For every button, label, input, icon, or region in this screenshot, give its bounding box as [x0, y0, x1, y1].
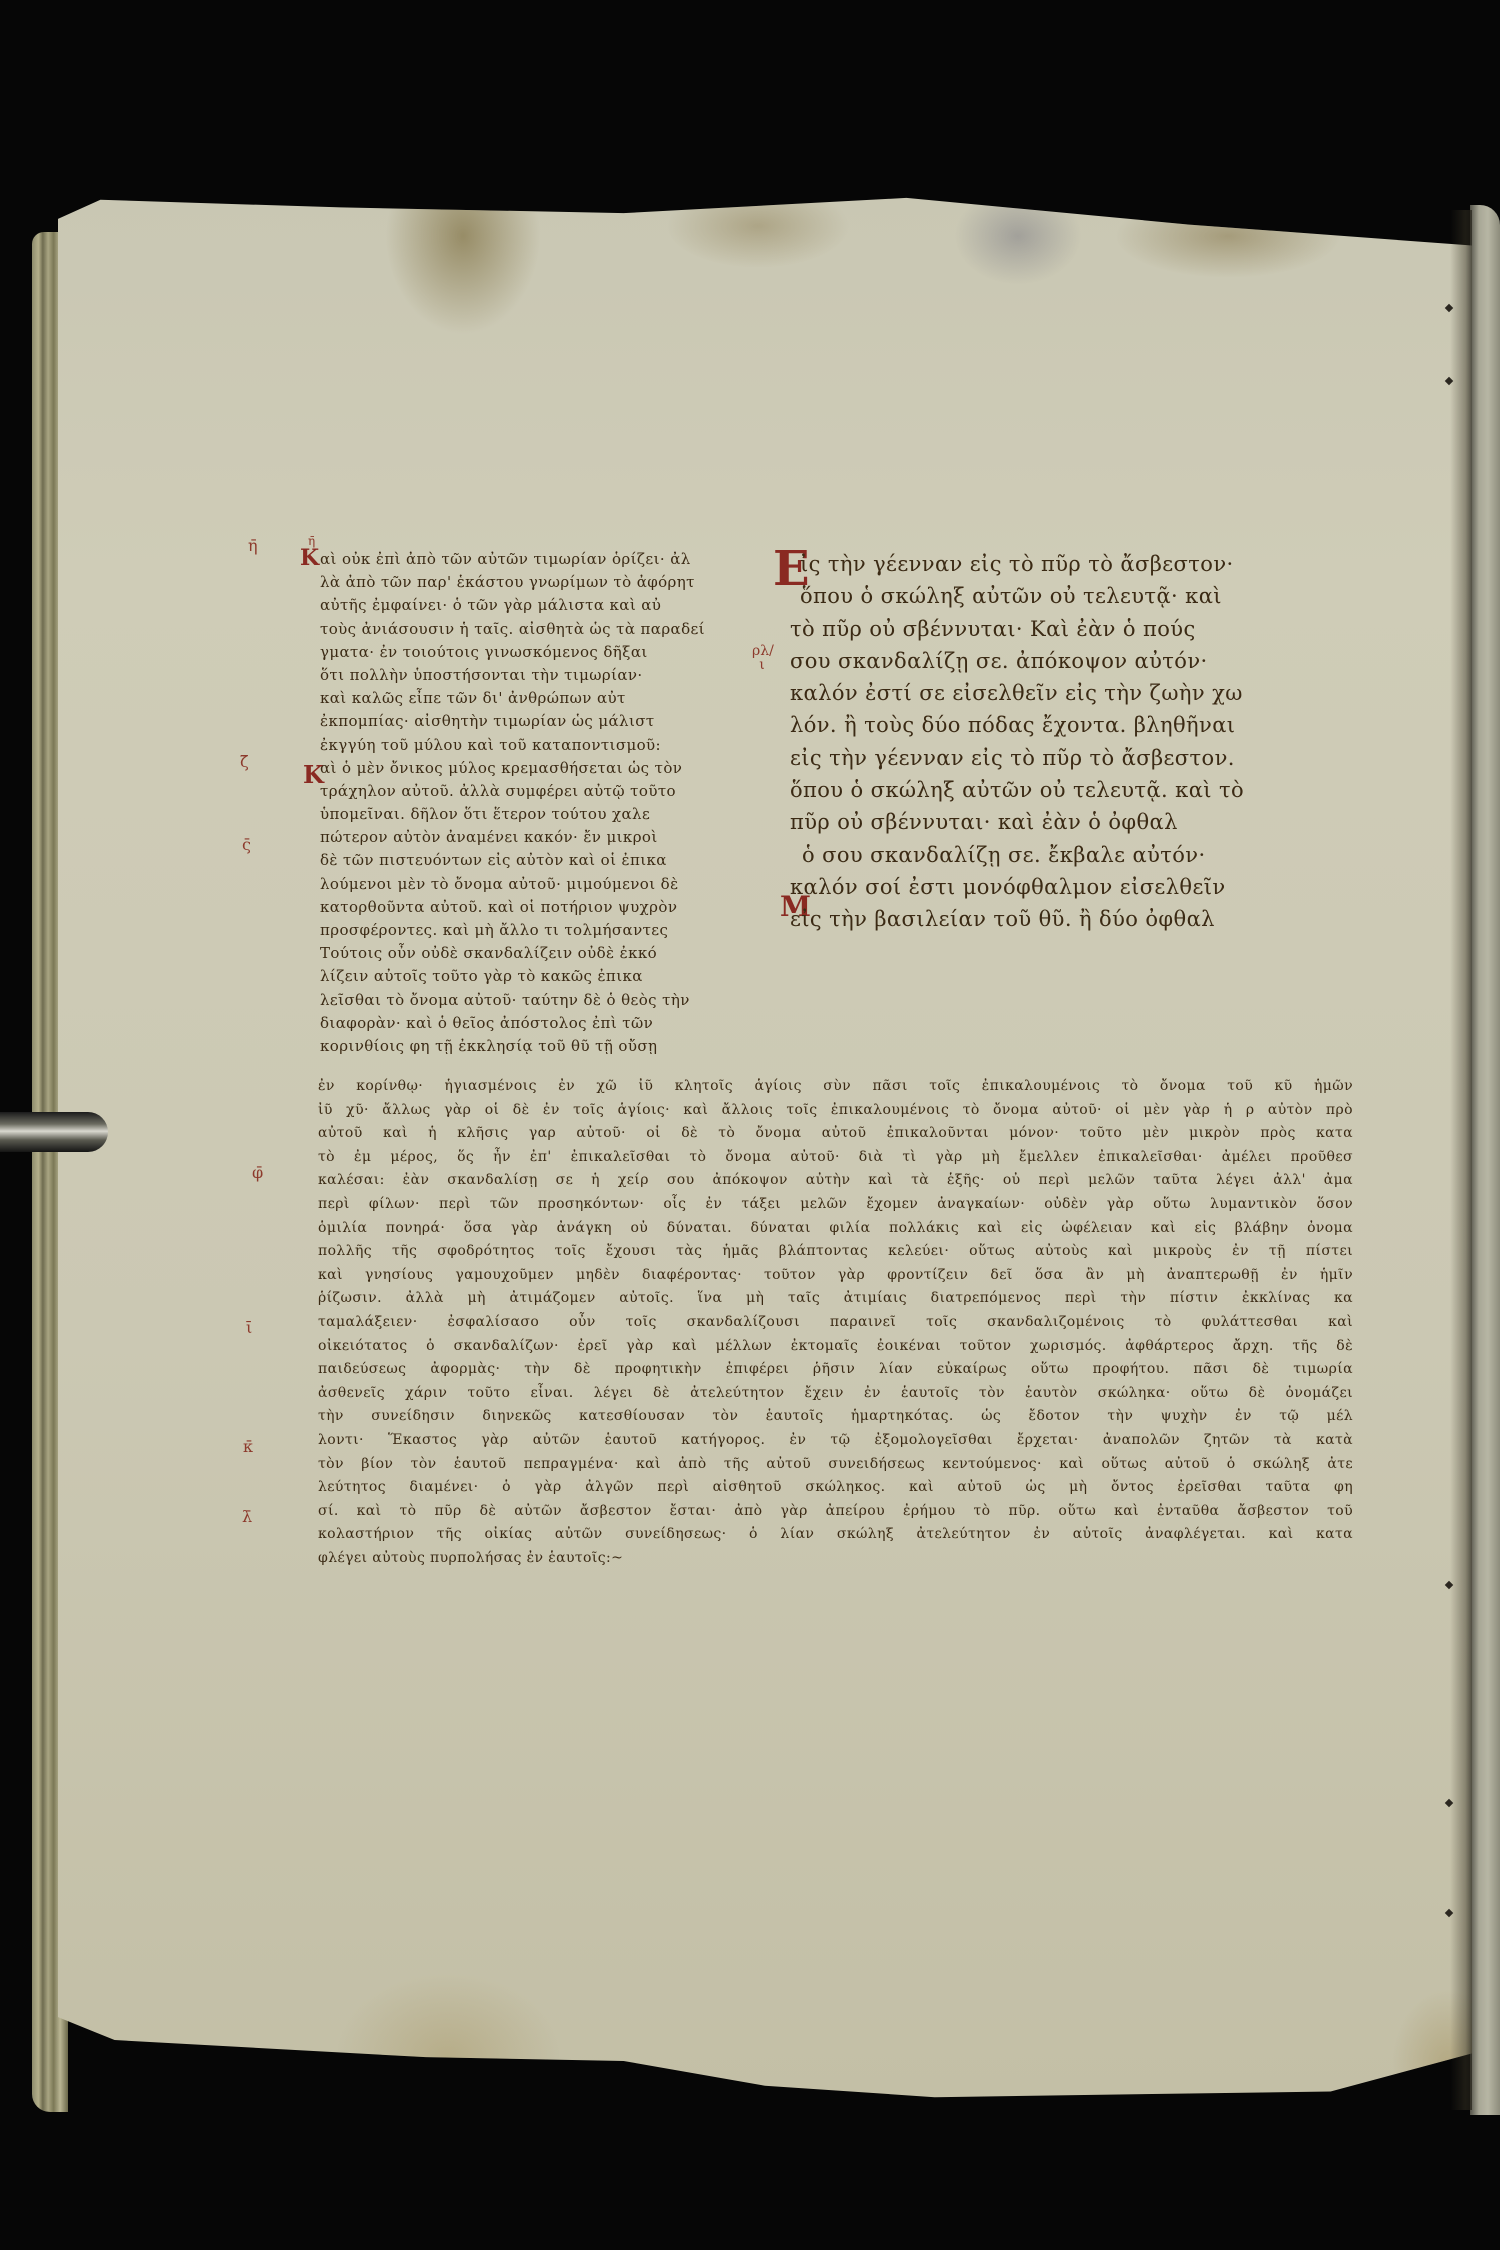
text-line: κατορθοῦντα αὐτοῦ. καὶ οἱ ποτήριον ψυχρὸ… [320, 896, 730, 919]
text-line: αὶ ὁ μὲν ὄνικος μύλος κρεμασθήσεται ὡς τ… [320, 757, 730, 780]
text-line: λόν. ἢ τοὺς δύο πόδας ἔχοντα. βληθῆναι [790, 709, 1350, 741]
text-line: ὁ σου σκανδαλίζῃ σε. ἔκβαλε αὐτόν· [790, 839, 1350, 871]
left-text-column: αὶ οὐκ ἐπὶ ἀπὸ τῶν αὐτῶν τιμωρίαν ὁρίζει… [320, 548, 730, 1058]
text-line: τὸν βίον τὸν ἑαυτοῦ πεπραγμένα· καὶ ἀπὸ … [318, 1453, 1353, 1477]
text-line: αὐτῆς ἐμφαίνει· ὁ τῶν γὰρ μάλιστα καὶ αὐ [320, 594, 730, 617]
gutter-shadow [1450, 210, 1472, 2110]
text-line: Τούτοις οὖν οὐδὲ σκανδαλίζειν οὐδὲ ἐκκό [320, 942, 730, 965]
text-line: διαφορὰν· καὶ ὁ θεῖος ἀπόστολος ἐπὶ τῶν [320, 1012, 730, 1035]
bottom-text-block: ἐν κορίνθῳ· ἡγιασμένοις ἐν χῶ ἰῦ κλητοῖς… [318, 1075, 1353, 1570]
text-line: ὁμιλία πονηρά· ὅσα γὰρ ἀνάγκη οὐ δύναται… [318, 1217, 1353, 1241]
text-line: ἐκγγύη τοῦ μύλου καὶ τοῦ καταποντισμοῦ: [320, 734, 730, 757]
text-line: ὅτι πολλὴν ὑποστήσονται τὴν τιμωρίαν· [320, 664, 730, 687]
text-line: τὸ πῦρ οὐ σβέννυται· Καὶ ἐὰν ὁ πούς [790, 613, 1350, 645]
margin-note-stigma: ς̄ [242, 835, 251, 854]
text-line: λίζειν αὐτοῖς τοῦτο γὰρ τὸ κακῶς ἐπικα [320, 965, 730, 988]
margin-note-phi: φ̄ [252, 1163, 263, 1182]
text-line: τὸ ἐμ μέρος, ὅς ἦν ἐπ' ἐπικαλεῖσθαι τὸ ὄ… [318, 1146, 1353, 1170]
initial-kappa-1: Κ [300, 545, 319, 571]
text-line: ὅπου ὁ σκώληξ αὐτῶν οὐ τελευτᾷ. καὶ τὸ [790, 774, 1350, 806]
text-line: λούμενοι μὲν τὸ ὄνομα αὐτοῦ· μιμούμενοι … [320, 873, 730, 896]
text-line: πῦρ οὐ σβέννυται· καὶ ἐὰν ὁ ὀφθαλ [790, 806, 1350, 838]
text-line: αὶ οὐκ ἐπὶ ἀπὸ τῶν αὐτῶν τιμωρίαν ὁρίζει… [320, 548, 730, 571]
text-line: τοὺς ἀνιάσουσιν ἡ ταῖς. αἰσθητὰ ὡς τὰ πα… [320, 618, 730, 641]
text-line: καλέσαι: ἐὰν σκανδαλίσῃ σε ἡ χείρ σου ἀπ… [318, 1169, 1353, 1193]
text-line: σί. καὶ τὸ πῦρ δὲ αὐτῶν ἄσβεστον ἔσται· … [318, 1500, 1353, 1524]
text-line: ἐκπομπίας· αἰσθητὴν τιμωρίαν ὡς μάλιστ [320, 710, 730, 733]
text-line: λεῖσθαι τὸ ὄνομα αὐτοῦ· ταύτην δὲ ὁ θεὸς… [320, 989, 730, 1012]
right-page-edges [1470, 205, 1500, 2115]
text-line: εἰς τὴν γέενναν εἰς τὸ πῦρ τὸ ἄσβεστον. [790, 742, 1350, 774]
text-line: περὶ φίλων· περὶ τῶν προσηκόντων· οἷς ἐν… [318, 1193, 1353, 1217]
text-line: καλόν ἐστί σε εἰσελθεῖν εἰς τὴν ζωὴν χω [790, 677, 1350, 709]
text-line: ὑπομεῖναι. δῆλον ὅτι ἕτερον τούτου χαλε [320, 803, 730, 826]
text-line: οἰκειότατος ὁ σκανδαλίζων· ἐρεῖ γὰρ καὶ … [318, 1335, 1353, 1359]
text-line: καὶ καλῶς εἶπε τῶν δι' ἀνθρώπων αὐτ [320, 687, 730, 710]
text-line: πώτερον αὐτὸν ἀναμένει κακόν· ἔν μικροὶ [320, 826, 730, 849]
text-line: πολλῆς τῆς σφοδρότητος τοῖς ἔχουσι τὰς ἡ… [318, 1240, 1353, 1264]
text-line: λὰ ἀπὸ τῶν παρ' ἑκάστου γνωρίμων τὸ ἀφόρ… [320, 571, 730, 594]
text-line: κορινθίοις φη τῇ ἐκκλησίᾳ τοῦ θῦ τῇ οὔσῃ [320, 1035, 730, 1058]
text-line: εἰς τὴν βασιλείαν τοῦ θῦ. ἢ δύο ὀφθαλ [790, 903, 1350, 935]
margin-note-kappa: κ̄ [243, 1437, 253, 1456]
text-line: ἀσθενεῖς χάριν τοῦτο εἶναι. λέγει δὲ ἀτε… [318, 1382, 1353, 1406]
margin-note-eta: η̄ [248, 536, 258, 555]
margin-note-gutter: ρλ/ι [752, 644, 772, 672]
text-line: λοντι· Ἕκαστος γὰρ αὐτῶν ἑαυτοῦ κατήγορο… [318, 1429, 1353, 1453]
text-line: κολαστήριον τῆς οἰκίας αὐτῶν συνείδησεως… [318, 1523, 1353, 1547]
text-line: λεύτητος διαμένει· ὁ γὰρ ἀλγῶν περὶ αἰσθ… [318, 1476, 1353, 1500]
right-text-column: ἰς τὴν γέενναν εἰς τὸ πῦρ τὸ ἄσβεστον· ὅ… [790, 548, 1350, 936]
text-line: δὲ τῶν πιστευόντων εἰς αὐτὸν καὶ οἱ ἐπικ… [320, 849, 730, 872]
text-line: ἰῦ χῦ· ἄλλως γὰρ οἱ δὲ ἐν τοῖς ἁγίοις· κ… [318, 1099, 1353, 1123]
scan-background: η̄ η̄ ζ̄ ς̄ ρλ/ι φ̄ ῑ κ̄ λ̄ Κ Κ Ε Μ αὶ ο… [0, 0, 1500, 2250]
text-line: καλόν σοί ἐστι μονόφθαλμον εἰσελθεῖν [790, 871, 1350, 903]
margin-note-lambda: λ̄ [242, 1507, 252, 1526]
text-line: ῥίζωσιν. ἀλλὰ μὴ ἀτιμάζομεν αὐτοῖς. ἵνα … [318, 1287, 1353, 1311]
book-clasp-weight [0, 1112, 108, 1152]
margin-note-zeta: ζ̄ [240, 752, 249, 771]
text-line: ὅπου ὁ σκώληξ αὐτῶν οὐ τελευτᾷ· καὶ [790, 580, 1350, 612]
text-line: αὐτοῦ καὶ ἡ κλῆσις γαρ αὐτοῦ· οἱ δὲ τὸ ὄ… [318, 1122, 1353, 1146]
text-line: προσφέροντες. καὶ μὴ ἄλλο τι τολμήσαντες [320, 919, 730, 942]
text-line: τράχηλον αὐτοῦ. ἀλλὰ συμφέρει αὐτῷ τοῦτο [320, 780, 730, 803]
text-line: ἐν κορίνθῳ· ἡγιασμένοις ἐν χῶ ἰῦ κλητοῖς… [318, 1075, 1353, 1099]
text-line: ἰς τὴν γέενναν εἰς τὸ πῦρ τὸ ἄσβεστον· [790, 548, 1350, 580]
text-line: τὴν συνείδησιν διηνεκῶς κατεσθίουσαν τὸν… [318, 1405, 1353, 1429]
text-line: φλέγει αὐτοὺς πυρπολήσας ἐν ἑαυτοῖς:~ [318, 1547, 1353, 1571]
margin-note-iota: ῑ [246, 1318, 252, 1337]
text-line: ταμαλάξειεν· ἐσφαλίσασο οὖν τοῖς σκανδαλ… [318, 1311, 1353, 1335]
text-line: γματα· ἐν τοιούτοις γινωσκόμενος δῆξαι [320, 641, 730, 664]
text-line: καὶ γνησίους γαμουχοῦμεν μηδὲν διαφέροντ… [318, 1264, 1353, 1288]
text-line: παιδεύσεως ἀφορμὰς· τὴν δὲ προφητικὴν ἐπ… [318, 1358, 1353, 1382]
text-line: σου σκανδαλίζῃ σε. ἀπόκοψον αὐτόν· [790, 645, 1350, 677]
